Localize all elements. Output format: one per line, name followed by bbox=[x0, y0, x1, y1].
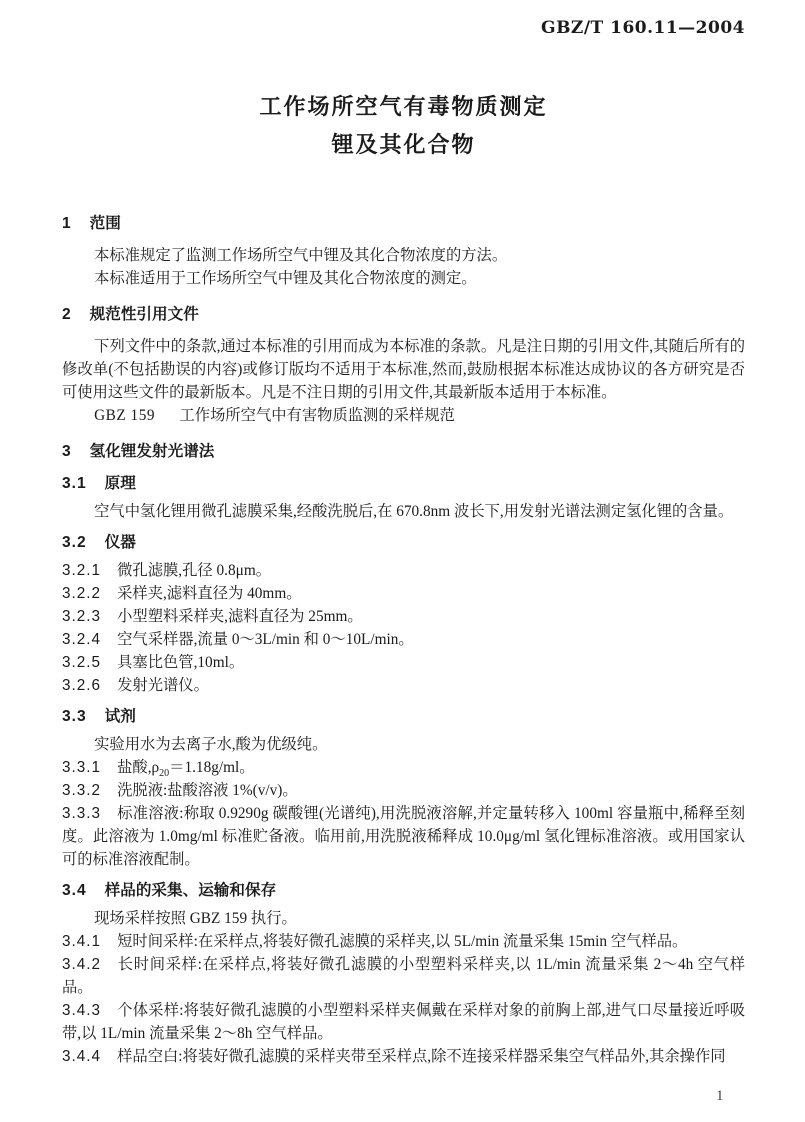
clause-item: 3.4.2长时间采样:在采样点,将装好微孔滤膜的小型塑料采样夹,以 1L/min… bbox=[62, 953, 745, 999]
clause-text: 发射光谱仪。 bbox=[117, 677, 209, 694]
clause-number: 3.4.3 bbox=[62, 1002, 101, 1019]
clause-text: 微孔滤膜,孔径 0.8μm。 bbox=[117, 562, 271, 579]
reference-title: 工作场所空气中有害物质监测的采样规范 bbox=[179, 407, 454, 424]
section-title: 氢化锂发射光谱法 bbox=[90, 443, 215, 460]
clause-item: 3.2.2采样夹,滤料直径为 40mm。 bbox=[62, 582, 745, 605]
clause-text: 标准溶液:称取 0.9290g 碳酸锂(光谱纯),用洗脱液溶解,并定量转移入 1… bbox=[62, 805, 745, 868]
clause-item: 3.2.4空气采样器,流量 0～3L/min 和 0～10L/min。 bbox=[62, 628, 745, 651]
subsection-number: 3.1 bbox=[62, 475, 87, 492]
paragraph: 本标准规定了监测工作场所空气中锂及其化合物浓度的方法。 bbox=[62, 244, 745, 267]
clause-number: 3.2.4 bbox=[62, 631, 101, 648]
document-page: GBZ/T 160.11—2004 工作场所空气有毒物质测定 锂及其化合物 1范… bbox=[0, 0, 805, 1122]
subsection-number: 3.3 bbox=[62, 708, 87, 725]
document-body: 1范围 本标准规定了监测工作场所空气中锂及其化合物浓度的方法。 本标准适用于工作… bbox=[62, 212, 745, 1068]
subsection-heading-3-4: 3.4样品的采集、运输和保存 bbox=[62, 879, 745, 902]
clause-text-pre: 盐酸,ρ bbox=[117, 759, 159, 776]
clause-item: 3.3.2洗脱液:盐酸溶液 1%(v/v)。 bbox=[62, 779, 745, 802]
paragraph: 下列文件中的条款,通过本标准的引用而成为本标准的条款。凡是注日期的引用文件,其随… bbox=[62, 335, 745, 404]
clause-text: 采样夹,滤料直径为 40mm。 bbox=[117, 585, 301, 602]
section-heading-2: 2规范性引用文件 bbox=[62, 303, 745, 326]
clause-text: 短时间采样:在采样点,将装好微孔滤膜的采样夹,以 5L/min 流量采集 15m… bbox=[117, 933, 687, 950]
clause-number: 3.2.5 bbox=[62, 654, 101, 671]
clause-number: 3.3.3 bbox=[62, 805, 101, 822]
clause-text: 小型塑料采样夹,滤料直径为 25mm。 bbox=[117, 608, 363, 625]
clause-item: 3.2.6发射光谱仪。 bbox=[62, 674, 745, 697]
clause-text: 空气采样器,流量 0～3L/min 和 0～10L/min。 bbox=[117, 631, 414, 648]
subsection-heading-3-3: 3.3试剂 bbox=[62, 705, 745, 728]
section-number: 1 bbox=[62, 215, 72, 232]
reference-item: GBZ 159工作场所空气中有害物质监测的采样规范 bbox=[62, 404, 745, 427]
subsection-title: 原理 bbox=[105, 475, 136, 492]
section-title: 范围 bbox=[90, 215, 121, 232]
paragraph: 空气中氢化锂用微孔滤膜采集,经酸洗脱后,在 670.8nm 波长下,用发射光谱法… bbox=[62, 500, 745, 523]
clause-text: 盐酸,ρ20＝1.18g/ml。 bbox=[117, 759, 254, 776]
clause-number: 3.4.1 bbox=[62, 933, 101, 950]
document-title-line2: 锂及其化合物 bbox=[62, 126, 745, 164]
clause-item: 3.4.1短时间采样:在采样点,将装好微孔滤膜的采样夹,以 5L/min 流量采… bbox=[62, 930, 745, 953]
clause-item: 3.4.3个体采样:将装好微孔滤膜的小型塑料采样夹佩戴在采样对象的前胸上部,进气… bbox=[62, 999, 745, 1045]
document-title: 工作场所空气有毒物质测定 锂及其化合物 bbox=[62, 88, 745, 164]
document-title-line1: 工作场所空气有毒物质测定 bbox=[62, 88, 745, 126]
section-heading-1: 1范围 bbox=[62, 212, 745, 235]
subsection-number: 3.4 bbox=[62, 882, 87, 899]
subsection-heading-3-2: 3.2仪器 bbox=[62, 531, 745, 554]
clause-text: 长时间采样:在采样点,将装好微孔滤膜的小型塑料采样夹,以 1L/min 流量采集… bbox=[62, 956, 745, 996]
subsection-title: 样品的采集、运输和保存 bbox=[105, 882, 277, 899]
clause-text: 洗脱液:盐酸溶液 1%(v/v)。 bbox=[117, 782, 298, 799]
clause-number: 3.4.2 bbox=[62, 956, 101, 973]
paragraph: 本标准适用于工作场所空气中锂及其化合物浓度的测定。 bbox=[62, 267, 745, 290]
section-number: 3 bbox=[62, 443, 72, 460]
clause-item: 3.4.4样品空白:将装好微孔滤膜的采样夹带至采样点,除不连接采样器采集空气样品… bbox=[62, 1045, 745, 1068]
clause-text-post: ＝1.18g/ml。 bbox=[169, 759, 254, 776]
clause-text: 个体采样:将装好微孔滤膜的小型塑料采样夹佩戴在采样对象的前胸上部,进气口尽量接近… bbox=[62, 1002, 745, 1042]
clause-number: 3.2.3 bbox=[62, 608, 101, 625]
clause-text: 具塞比色管,10ml。 bbox=[117, 654, 244, 671]
density-subscript: 20 bbox=[159, 768, 169, 779]
section-title: 规范性引用文件 bbox=[90, 306, 199, 323]
subsection-title: 试剂 bbox=[105, 708, 136, 725]
clause-text: 样品空白:将装好微孔滤膜的采样夹带至采样点,除不连接采样器采集空气样品外,其余操… bbox=[117, 1048, 725, 1065]
clause-item: 3.2.1微孔滤膜,孔径 0.8μm。 bbox=[62, 559, 745, 582]
section-heading-3: 3氢化锂发射光谱法 bbox=[62, 440, 745, 463]
clause-item: 3.3.3标准溶液:称取 0.9290g 碳酸锂(光谱纯),用洗脱液溶解,并定量… bbox=[62, 802, 745, 871]
standard-number: GBZ/T 160.11—2004 bbox=[62, 18, 745, 38]
clause-item: 3.3.1盐酸,ρ20＝1.18g/ml。 bbox=[62, 756, 745, 779]
clause-number: 3.3.1 bbox=[62, 759, 101, 776]
clause-number: 3.2.2 bbox=[62, 585, 101, 602]
clause-number: 3.4.4 bbox=[62, 1048, 101, 1065]
clause-number: 3.2.1 bbox=[62, 562, 101, 579]
subsection-heading-3-1: 3.1原理 bbox=[62, 472, 745, 495]
section-number: 2 bbox=[62, 306, 72, 323]
paragraph: 实验用水为去离子水,酸为优级纯。 bbox=[62, 733, 745, 756]
clause-number: 3.2.6 bbox=[62, 677, 101, 694]
subsection-title: 仪器 bbox=[105, 534, 136, 551]
clause-item: 3.2.3小型塑料采样夹,滤料直径为 25mm。 bbox=[62, 605, 745, 628]
page-number: 1 bbox=[716, 1088, 724, 1105]
paragraph: 现场采样按照 GBZ 159 执行。 bbox=[62, 907, 745, 930]
clause-number: 3.3.2 bbox=[62, 782, 101, 799]
reference-code: GBZ 159 bbox=[94, 407, 155, 424]
clause-item: 3.2.5具塞比色管,10ml。 bbox=[62, 651, 745, 674]
subsection-number: 3.2 bbox=[62, 534, 87, 551]
